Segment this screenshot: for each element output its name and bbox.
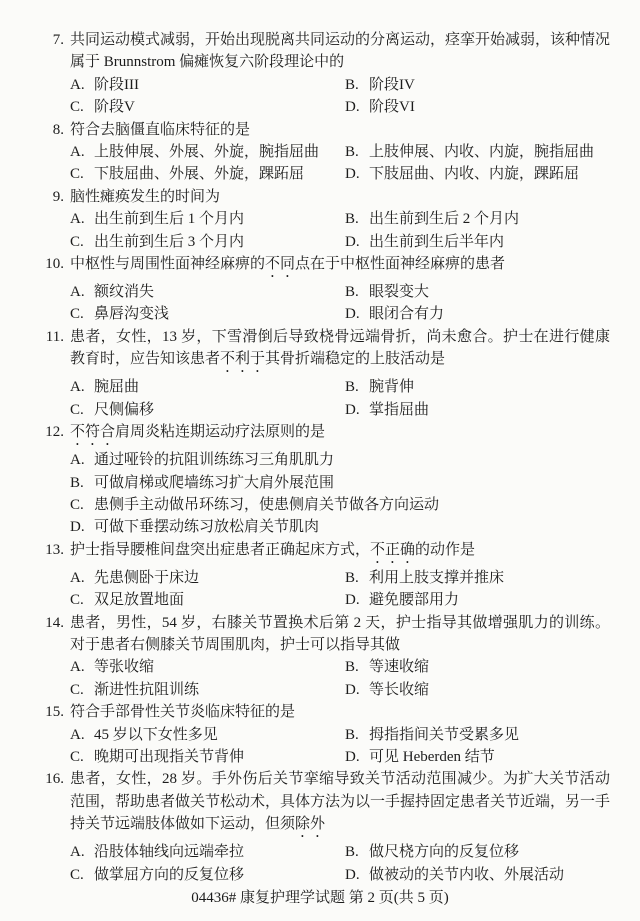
option-a: A.上肢伸展、外展、外旋，腕指屈曲 xyxy=(70,141,345,163)
option-letter: B. xyxy=(345,208,360,230)
option-b: B.利用上肢支撑并推床 xyxy=(345,567,504,589)
option-d: D.可做下垂摆动练习放松肩关节肌肉 xyxy=(70,516,610,538)
option-text: 掌指屈曲 xyxy=(369,402,429,418)
option-letter: A. xyxy=(70,449,85,471)
option-letter: B. xyxy=(345,281,360,303)
question-16: 16. 患者，女性，28 岁。手外伤后关节挛缩导致关节活动范围减少。为扩大关节活… xyxy=(42,768,610,886)
option-c: C.鼻唇沟变浅 xyxy=(70,303,345,325)
option-text: 利用上肢支撑并推床 xyxy=(369,570,504,586)
option-c: C.做掌屈方向的反复位移 xyxy=(70,864,345,886)
option-d: D.出生前到生后半年内 xyxy=(345,231,504,253)
option-text: 避免腰部用力 xyxy=(369,592,459,608)
option-d: D.下肢屈曲、内收、内旋，踝跖屈 xyxy=(345,163,579,185)
options-row: A.阶段III B.阶段IV xyxy=(70,74,610,96)
question-stem: 患者，女性，28 岁。手外伤后关节挛缩导致关节活动范围减少。为扩大关节活动范围，… xyxy=(70,768,610,841)
option-letter: C. xyxy=(70,494,85,516)
question-9: 9. 脑性瘫痪发生的时间为 A.出生前到生后 1 个月内 B.出生前到生后 2 … xyxy=(42,186,610,253)
stem-emphasized-text: 除外 xyxy=(295,816,325,832)
option-letter: D. xyxy=(345,303,360,325)
options-row: A.出生前到生后 1 个月内 B.出生前到生后 2 个月内 xyxy=(70,208,610,230)
option-text: 眼闭合有力 xyxy=(369,306,444,322)
question-12: 12. 不符合肩周炎粘连期运动疗法原则的是 A.通过哑铃的抗阻训练练习三角肌肌力… xyxy=(42,421,610,539)
option-letter: B. xyxy=(345,376,360,398)
stem-text: 患者，女性，28 岁。手外伤后关节挛缩导致关节活动范围减少。为扩大关节活动范围，… xyxy=(70,771,610,832)
stem-text: 符合手部骨性关节炎临床特征的是 xyxy=(70,704,295,720)
question-number: 10. xyxy=(42,253,64,275)
options-row: A.沿肢体轴线向远端牵拉 B.做尺桡方向的反复位移 xyxy=(70,841,610,863)
option-b: B.等速收缩 xyxy=(345,656,429,678)
options-row: A.45 岁以下女性多见 B.拇指指间关节受累多见 xyxy=(70,724,610,746)
question-14: 14. 患者，男性，54 岁，右膝关节置换术后第 2 天，护士指导其做增强肌力的… xyxy=(42,612,610,702)
option-b: B.做尺桡方向的反复位移 xyxy=(345,841,519,863)
option-text: 腕背伸 xyxy=(369,379,414,395)
question-11: 11. 患者，女性，13 岁，下雪滑倒后导致桡骨远端骨折，尚未愈合。护士在进行健… xyxy=(42,326,610,421)
option-text: 通过哑铃的抗阻训练练习三角肌肌力 xyxy=(94,452,334,468)
stem-emphasized-text: 不同 xyxy=(265,256,295,272)
option-letter: B. xyxy=(345,74,360,96)
question-stem: 患者，女性，13 岁，下雪滑倒后导致桡骨远端骨折，尚未愈合。护士在进行健康教育时… xyxy=(70,326,610,376)
option-letter: C. xyxy=(70,96,85,118)
option-c: C.晚期可出现指关节背伸 xyxy=(70,746,345,768)
stem-text: 患者，男性，54 岁，右膝关节置换术后第 2 天，护士指导其做增强肌力的训练。对… xyxy=(70,615,610,653)
option-letter: C. xyxy=(70,303,85,325)
option-text: 做掌屈方向的反复位移 xyxy=(94,867,244,883)
question-stem: 不符合肩周炎粘连期运动疗法原则的是 xyxy=(70,421,610,449)
option-text: 渐进性抗阻训练 xyxy=(94,682,199,698)
option-letter: C. xyxy=(70,231,85,253)
options-row: C.晚期可出现指关节背伸 D.可见 Heberden 结节 xyxy=(70,746,610,768)
question-7: 7. 共同运动模式减弱，开始出现脱离共同运动的分离运动，痉挛开始减弱，该种情况属… xyxy=(42,29,610,119)
options-row: C.渐进性抗阻训练 D.等长收缩 xyxy=(70,679,610,701)
question-stem: 护士指导腰椎间盘突出症患者正确起床方式，不正确的动作是 xyxy=(70,539,610,567)
option-letter: A. xyxy=(70,841,85,863)
question-number: 16. xyxy=(42,768,64,790)
option-letter: B. xyxy=(345,141,360,163)
option-letter: A. xyxy=(70,74,85,96)
option-a: A.阶段III xyxy=(70,74,345,96)
question-number: 7. xyxy=(42,29,64,51)
question-10: 10. 中枢性与周围性面神经麻痹的不同点在于中枢性面神经麻痹的患者 A.额纹消失… xyxy=(42,253,610,326)
options-row: C.尺侧偏移 D.掌指屈曲 xyxy=(70,399,610,421)
option-d: D.眼闭合有力 xyxy=(345,303,444,325)
option-a: A.通过哑铃的抗阻训练练习三角肌肌力 xyxy=(70,449,610,471)
option-d: D.避免腰部用力 xyxy=(345,589,459,611)
option-letter: B. xyxy=(345,841,360,863)
option-text: 可见 Heberden 结节 xyxy=(369,749,495,765)
option-letter: A. xyxy=(70,208,85,230)
option-text: 上肢伸展、内收、内旋，腕指屈曲 xyxy=(369,144,594,160)
option-c: C.患侧手主动做吊环练习，使患侧肩关节做各方向运动 xyxy=(70,494,610,516)
question-stem: 共同运动模式减弱，开始出现脱离共同运动的分离运动，痉挛开始减弱，该种情况属于 B… xyxy=(70,29,610,74)
question-number: 8. xyxy=(42,119,64,141)
question-number: 14. xyxy=(42,612,64,634)
stem-emphasized-text: 不符合 xyxy=(70,424,115,440)
option-b: B.出生前到生后 2 个月内 xyxy=(345,208,519,230)
option-letter: C. xyxy=(70,679,85,701)
option-b: B.阶段IV xyxy=(345,74,415,96)
options-row: A.上肢伸展、外展、外旋，腕指屈曲 B.上肢伸展、内收、内旋，腕指屈曲 xyxy=(70,141,610,163)
question-number: 11. xyxy=(42,326,64,348)
option-a: A.45 岁以下女性多见 xyxy=(70,724,345,746)
option-a: A.等张收缩 xyxy=(70,656,345,678)
question-13: 13. 护士指导腰椎间盘突出症患者正确起床方式，不正确的动作是 A.先患侧卧于床… xyxy=(42,539,610,612)
question-stem: 符合手部骨性关节炎临床特征的是 xyxy=(70,701,610,723)
option-c: C.阶段V xyxy=(70,96,345,118)
option-letter: A. xyxy=(70,567,85,589)
option-c: C.尺侧偏移 xyxy=(70,399,345,421)
option-text: 出生前到生后 3 个月内 xyxy=(94,234,244,250)
stem-emphasized-text: 不利于 xyxy=(220,351,265,367)
question-15: 15. 符合手部骨性关节炎临床特征的是 A.45 岁以下女性多见 B.拇指指间关… xyxy=(42,701,610,768)
stem-text: 共同运动模式减弱，开始出现脱离共同运动的分离运动，痉挛开始减弱，该种情况属于 B… xyxy=(70,32,610,70)
stem-text: 脑性瘫痪发生的时间为 xyxy=(70,189,220,205)
option-text: 眼裂变大 xyxy=(369,284,429,300)
option-letter: C. xyxy=(70,163,85,185)
option-b: B.腕背伸 xyxy=(345,376,414,398)
option-text: 可做肩梯或爬墙练习扩大肩外展范围 xyxy=(94,475,334,491)
option-letter: D. xyxy=(345,96,360,118)
question-stem: 符合去脑僵直临床特征的是 xyxy=(70,119,610,141)
option-text: 等长收缩 xyxy=(369,682,429,698)
option-text: 腕屈曲 xyxy=(94,379,139,395)
stem-text: 护士指导腰椎间盘突出症患者正确起床方式， xyxy=(70,542,370,558)
question-number: 12. xyxy=(42,421,64,443)
option-text: 双足放置地面 xyxy=(94,592,184,608)
question-8: 8. 符合去脑僵直临床特征的是 A.上肢伸展、外展、外旋，腕指屈曲 B.上肢伸展… xyxy=(42,119,610,186)
exam-page: 7. 共同运动模式减弱，开始出现脱离共同运动的分离运动，痉挛开始减弱，该种情况属… xyxy=(0,0,640,921)
question-stem: 中枢性与周围性面神经麻痹的不同点在于中枢性面神经麻痹的患者 xyxy=(70,253,610,281)
option-text: 晚期可出现指关节背伸 xyxy=(94,749,244,765)
stem-text: 的动作是 xyxy=(415,542,475,558)
option-text: 做尺桡方向的反复位移 xyxy=(369,844,519,860)
option-c: C.下肢屈曲、外展、外旋，踝跖屈 xyxy=(70,163,345,185)
option-text: 45 岁以下女性多见 xyxy=(94,727,218,743)
option-a: A.额纹消失 xyxy=(70,281,345,303)
option-letter: B. xyxy=(345,567,360,589)
option-text: 阶段V xyxy=(94,99,135,115)
option-d: D.可见 Heberden 结节 xyxy=(345,746,495,768)
option-a: A.先患侧卧于床边 xyxy=(70,567,345,589)
option-letter: B. xyxy=(70,472,85,494)
stem-text: 点在于中枢性面神经麻痹的患者 xyxy=(295,256,505,272)
stem-text: 符合去脑僵直临床特征的是 xyxy=(70,122,250,138)
stem-text: 中枢性与周围性面神经麻痹的 xyxy=(70,256,265,272)
option-b: B.眼裂变大 xyxy=(345,281,429,303)
question-stem: 脑性瘫痪发生的时间为 xyxy=(70,186,610,208)
option-letter: B. xyxy=(345,724,360,746)
options-row: A.额纹消失 B.眼裂变大 xyxy=(70,281,610,303)
option-d: D.阶段VI xyxy=(345,96,415,118)
question-number: 15. xyxy=(42,701,64,723)
option-text: 等张收缩 xyxy=(94,659,154,675)
option-letter: C. xyxy=(70,746,85,768)
option-text: 患侧手主动做吊环练习，使患侧肩关节做各方向运动 xyxy=(94,497,439,513)
option-d: D.做被动的关节内收、外展活动 xyxy=(345,864,564,886)
stem-emphasized-text: 不正确 xyxy=(370,542,415,558)
option-c: C.出生前到生后 3 个月内 xyxy=(70,231,345,253)
options-row: C.鼻唇沟变浅 D.眼闭合有力 xyxy=(70,303,610,325)
option-d: D.等长收缩 xyxy=(345,679,429,701)
question-number: 13. xyxy=(42,539,64,561)
options-row: C.出生前到生后 3 个月内 D.出生前到生后半年内 xyxy=(70,231,610,253)
option-text: 沿肢体轴线向远端牵拉 xyxy=(94,844,244,860)
option-text: 阶段VI xyxy=(369,99,415,115)
option-text: 额纹消失 xyxy=(94,284,154,300)
option-letter: C. xyxy=(70,399,85,421)
options-row: C.做掌屈方向的反复位移 D.做被动的关节内收、外展活动 xyxy=(70,864,610,886)
options-row: C.双足放置地面 D.避免腰部用力 xyxy=(70,589,610,611)
option-d: D.掌指屈曲 xyxy=(345,399,429,421)
stem-text: 肩周炎粘连期运动疗法原则的是 xyxy=(115,424,325,440)
option-letter: D. xyxy=(345,679,360,701)
option-a: A.出生前到生后 1 个月内 xyxy=(70,208,345,230)
option-text: 鼻唇沟变浅 xyxy=(94,306,169,322)
options-row: A.等张收缩 B.等速收缩 xyxy=(70,656,610,678)
option-letter: A. xyxy=(70,724,85,746)
option-b: B.上肢伸展、内收、内旋，腕指屈曲 xyxy=(345,141,594,163)
question-number: 9. xyxy=(42,186,64,208)
option-letter: D. xyxy=(345,746,360,768)
option-letter: D. xyxy=(345,864,360,886)
options-row: C.阶段V D.阶段VI xyxy=(70,96,610,118)
option-text: 先患侧卧于床边 xyxy=(94,570,199,586)
options-row: A.先患侧卧于床边 B.利用上肢支撑并推床 xyxy=(70,567,610,589)
option-text: 下肢屈曲、外展、外旋，踝跖屈 xyxy=(94,166,304,182)
stem-text: 其骨折端稳定的上肢活动是 xyxy=(265,351,445,367)
option-text: 拇指指间关节受累多见 xyxy=(369,727,519,743)
option-text: 尺侧偏移 xyxy=(94,402,154,418)
option-text: 可做下垂摆动练习放松肩关节肌肉 xyxy=(94,519,319,535)
option-letter: B. xyxy=(345,656,360,678)
option-letter: D. xyxy=(70,516,85,538)
option-letter: D. xyxy=(345,163,360,185)
option-letter: D. xyxy=(345,589,360,611)
option-b: B.拇指指间关节受累多见 xyxy=(345,724,519,746)
option-letter: C. xyxy=(70,864,85,886)
option-letter: A. xyxy=(70,656,85,678)
option-text: 等速收缩 xyxy=(369,659,429,675)
option-text: 做被动的关节内收、外展活动 xyxy=(369,867,564,883)
option-text: 阶段IV xyxy=(369,77,415,93)
options-row: A.腕屈曲 B.腕背伸 xyxy=(70,376,610,398)
option-c: C.渐进性抗阻训练 xyxy=(70,679,345,701)
option-text: 出生前到生后 1 个月内 xyxy=(94,211,244,227)
page-footer: 04436# 康复护理学试题 第 2 页(共 5 页) xyxy=(30,887,610,909)
option-text: 阶段III xyxy=(94,77,139,93)
option-a: A.沿肢体轴线向远端牵拉 xyxy=(70,841,345,863)
option-text: 出生前到生后 2 个月内 xyxy=(369,211,519,227)
option-text: 出生前到生后半年内 xyxy=(369,234,504,250)
option-letter: D. xyxy=(345,399,360,421)
option-letter: A. xyxy=(70,376,85,398)
option-text: 下肢屈曲、内收、内旋，踝跖屈 xyxy=(369,166,579,182)
options-row: C.下肢屈曲、外展、外旋，踝跖屈 D.下肢屈曲、内收、内旋，踝跖屈 xyxy=(70,163,610,185)
option-letter: A. xyxy=(70,141,85,163)
option-letter: C. xyxy=(70,589,85,611)
option-letter: D. xyxy=(345,231,360,253)
option-a: A.腕屈曲 xyxy=(70,376,345,398)
option-c: C.双足放置地面 xyxy=(70,589,345,611)
question-stem: 患者，男性，54 岁，右膝关节置换术后第 2 天，护士指导其做增强肌力的训练。对… xyxy=(70,612,610,657)
option-b: B.可做肩梯或爬墙练习扩大肩外展范围 xyxy=(70,472,610,494)
option-letter: A. xyxy=(70,281,85,303)
option-text: 上肢伸展、外展、外旋，腕指屈曲 xyxy=(94,144,319,160)
